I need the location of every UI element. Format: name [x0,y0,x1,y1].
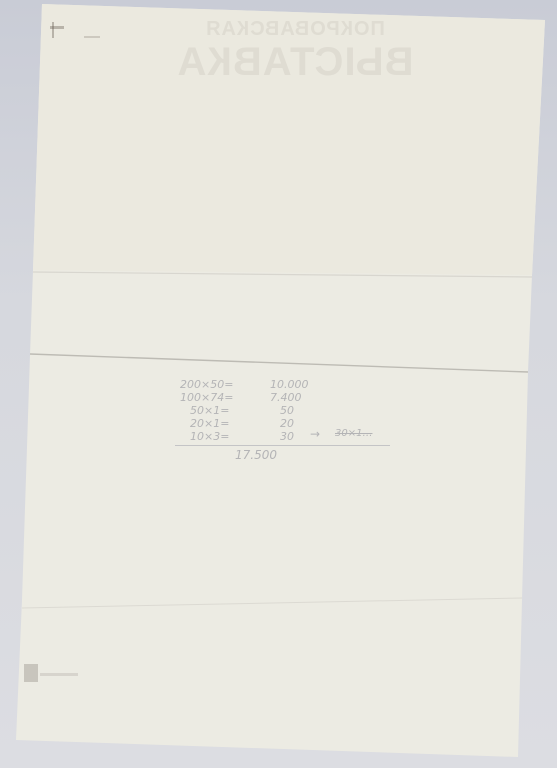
calc-row: 50×1=50 [180,404,440,417]
ink-mark [84,36,100,38]
calc-row: 100×74=7.400 [180,391,440,404]
ink-mark [52,22,54,38]
crossed-note: 30×1… [335,428,450,439]
paper-sheet: ПОКРОВАВСКАЯ ВЫСТАВКА 200×50=10.000 100×… [0,0,557,768]
arrow-icon: → [310,427,320,441]
showthrough-print: ПОКРОВАВСКАЯ ВЫСТАВКА [60,18,530,83]
calc-row: 200×50=10.000 [180,378,440,391]
smudge-mark [24,664,38,682]
smudge-mark [40,673,78,676]
calc-total: 17.500 [235,448,277,462]
pencil-calculation: 200×50=10.000 100×74=7.400 50×1=50 20×1=… [180,378,440,443]
sum-line [175,445,390,446]
